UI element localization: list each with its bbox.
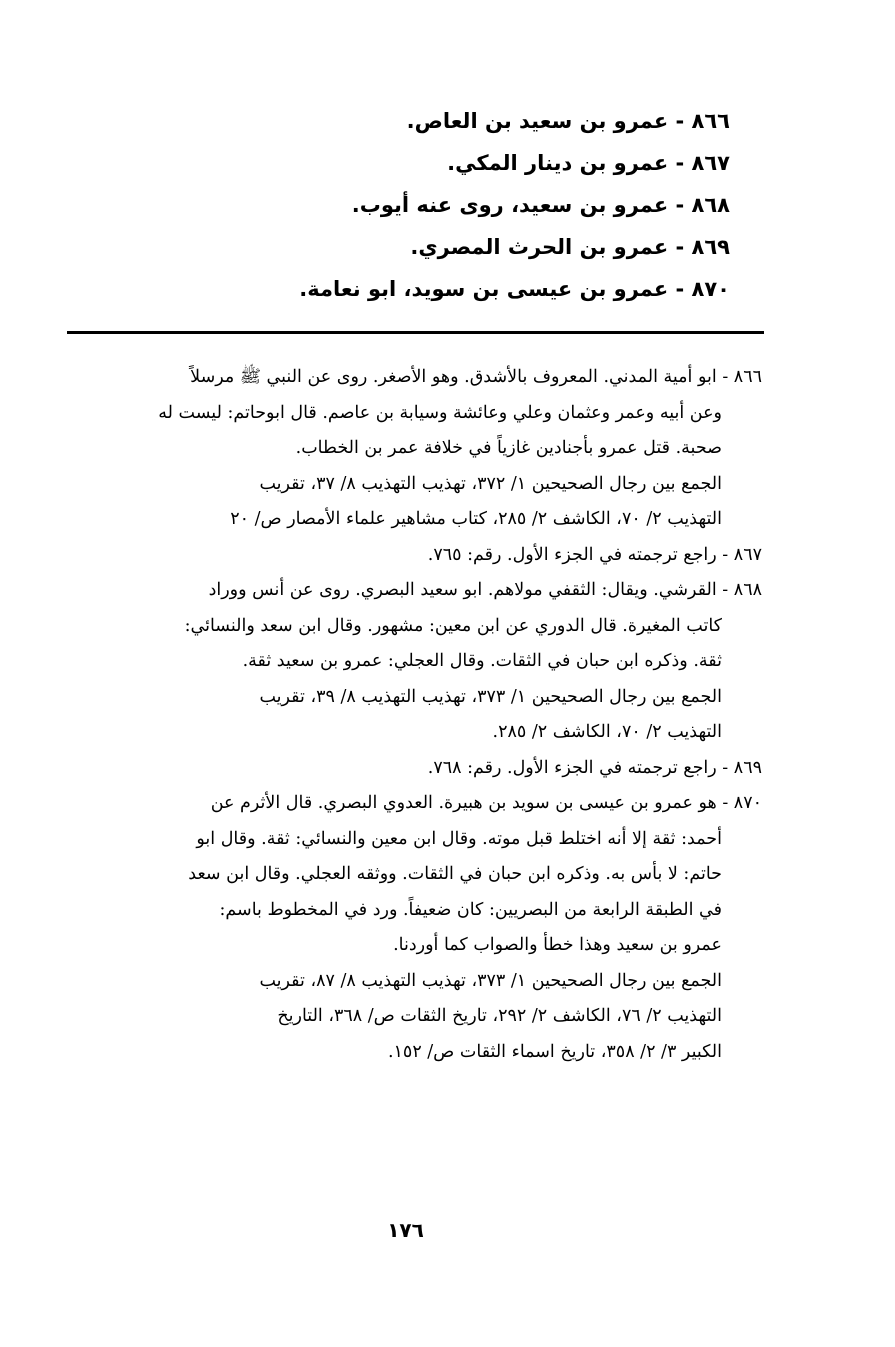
- entry-headings: ٨٦٦ - عمرو بن سعيد بن العاص. ٨٦٧ - عمرو …: [299, 100, 730, 310]
- footnote-line: التهذيب ٢/ ٧٠، الكاشف ٢/ ٢٨٥.: [62, 715, 762, 751]
- footnote-line: ٨٦٦ - ابو أمية المدني. المعروف بالأشدق. …: [62, 360, 762, 396]
- footnote-line: الجمع بين رجال الصحيحين ١/ ٣٧٣، تهذيب ال…: [62, 964, 762, 1000]
- entry-heading-869: ٨٦٩ - عمرو بن الحرث المصري.: [299, 226, 730, 268]
- footnote-line: ٨٦٧ - راجع ترجمته في الجزء الأول. رقم: ٧…: [62, 538, 762, 574]
- footnotes: ٨٦٦ - ابو أمية المدني. المعروف بالأشدق. …: [62, 360, 762, 1070]
- book-page: ٨٦٦ - عمرو بن سعيد بن العاص. ٨٦٧ - عمرو …: [0, 0, 895, 1347]
- footnote-line: ثقة. وذكره ابن حبان في الثقات. وقال العج…: [62, 644, 762, 680]
- footnote-line: ٨٦٨ - القرشي. ويقال: الثقفي مولاهم. ابو …: [62, 573, 762, 609]
- entry-heading-868: ٨٦٨ - عمرو بن سعيد، روى عنه أيوب.: [299, 184, 730, 226]
- footnote-line: حاتم: لا بأس به. وذكره ابن حبان في الثقا…: [62, 857, 762, 893]
- page-number-text: ١٧٦: [387, 1218, 424, 1242]
- footnote-line: الجمع بين رجال الصحيحين ١/ ٣٧٢، تهذيب ال…: [62, 467, 762, 503]
- footnote-line: وعن أبيه وعمر وعثمان وعلي وعائشة وسيابة …: [62, 396, 762, 432]
- footnote-line: صحبة. قتل عمرو بأجنادين غازياً في خلافة …: [62, 431, 762, 467]
- footnote-line: الجمع بين رجال الصحيحين ١/ ٣٧٣، تهذيب ال…: [62, 680, 762, 716]
- entry-heading-870: ٨٧٠ - عمرو بن عيسى بن سويد، ابو نعامة.: [299, 268, 730, 310]
- entry-heading-866: ٨٦٦ - عمرو بن سعيد بن العاص.: [299, 100, 730, 142]
- footnote-divider: [67, 331, 764, 334]
- footnote-line: ٨٦٩ - راجع ترجمته في الجزء الأول. رقم: ٧…: [62, 751, 762, 787]
- footnote-line: في الطبقة الرابعة من البصريين: كان ضعيفا…: [62, 893, 762, 929]
- page-number: ١٧٦: [0, 1218, 895, 1242]
- footnote-line: أحمد: ثقة إلا أنه اختلط قبل موته. وقال ا…: [62, 822, 762, 858]
- footnote-line: الكبير ٣/ ٢/ ٣٥٨، تاريخ اسماء الثقات ص/ …: [62, 1035, 762, 1071]
- footnote-line: كاتب المغيرة. قال الدوري عن ابن معين: مش…: [62, 609, 762, 645]
- entry-heading-867: ٨٦٧ - عمرو بن دينار المكي.: [299, 142, 730, 184]
- footnote-line: التهذيب ٢/ ٧٦، الكاشف ٢/ ٢٩٢، تاريخ الثق…: [62, 999, 762, 1035]
- footnote-line: عمرو بن سعيد وهذا خطأ والصواب كما أوردنا…: [62, 928, 762, 964]
- footnote-line: التهذيب ٢/ ٧٠، الكاشف ٢/ ٢٨٥، كتاب مشاهي…: [62, 502, 762, 538]
- footnote-line: ٨٧٠ - هو عمرو بن عيسى بن سويد بن هبيرة. …: [62, 786, 762, 822]
